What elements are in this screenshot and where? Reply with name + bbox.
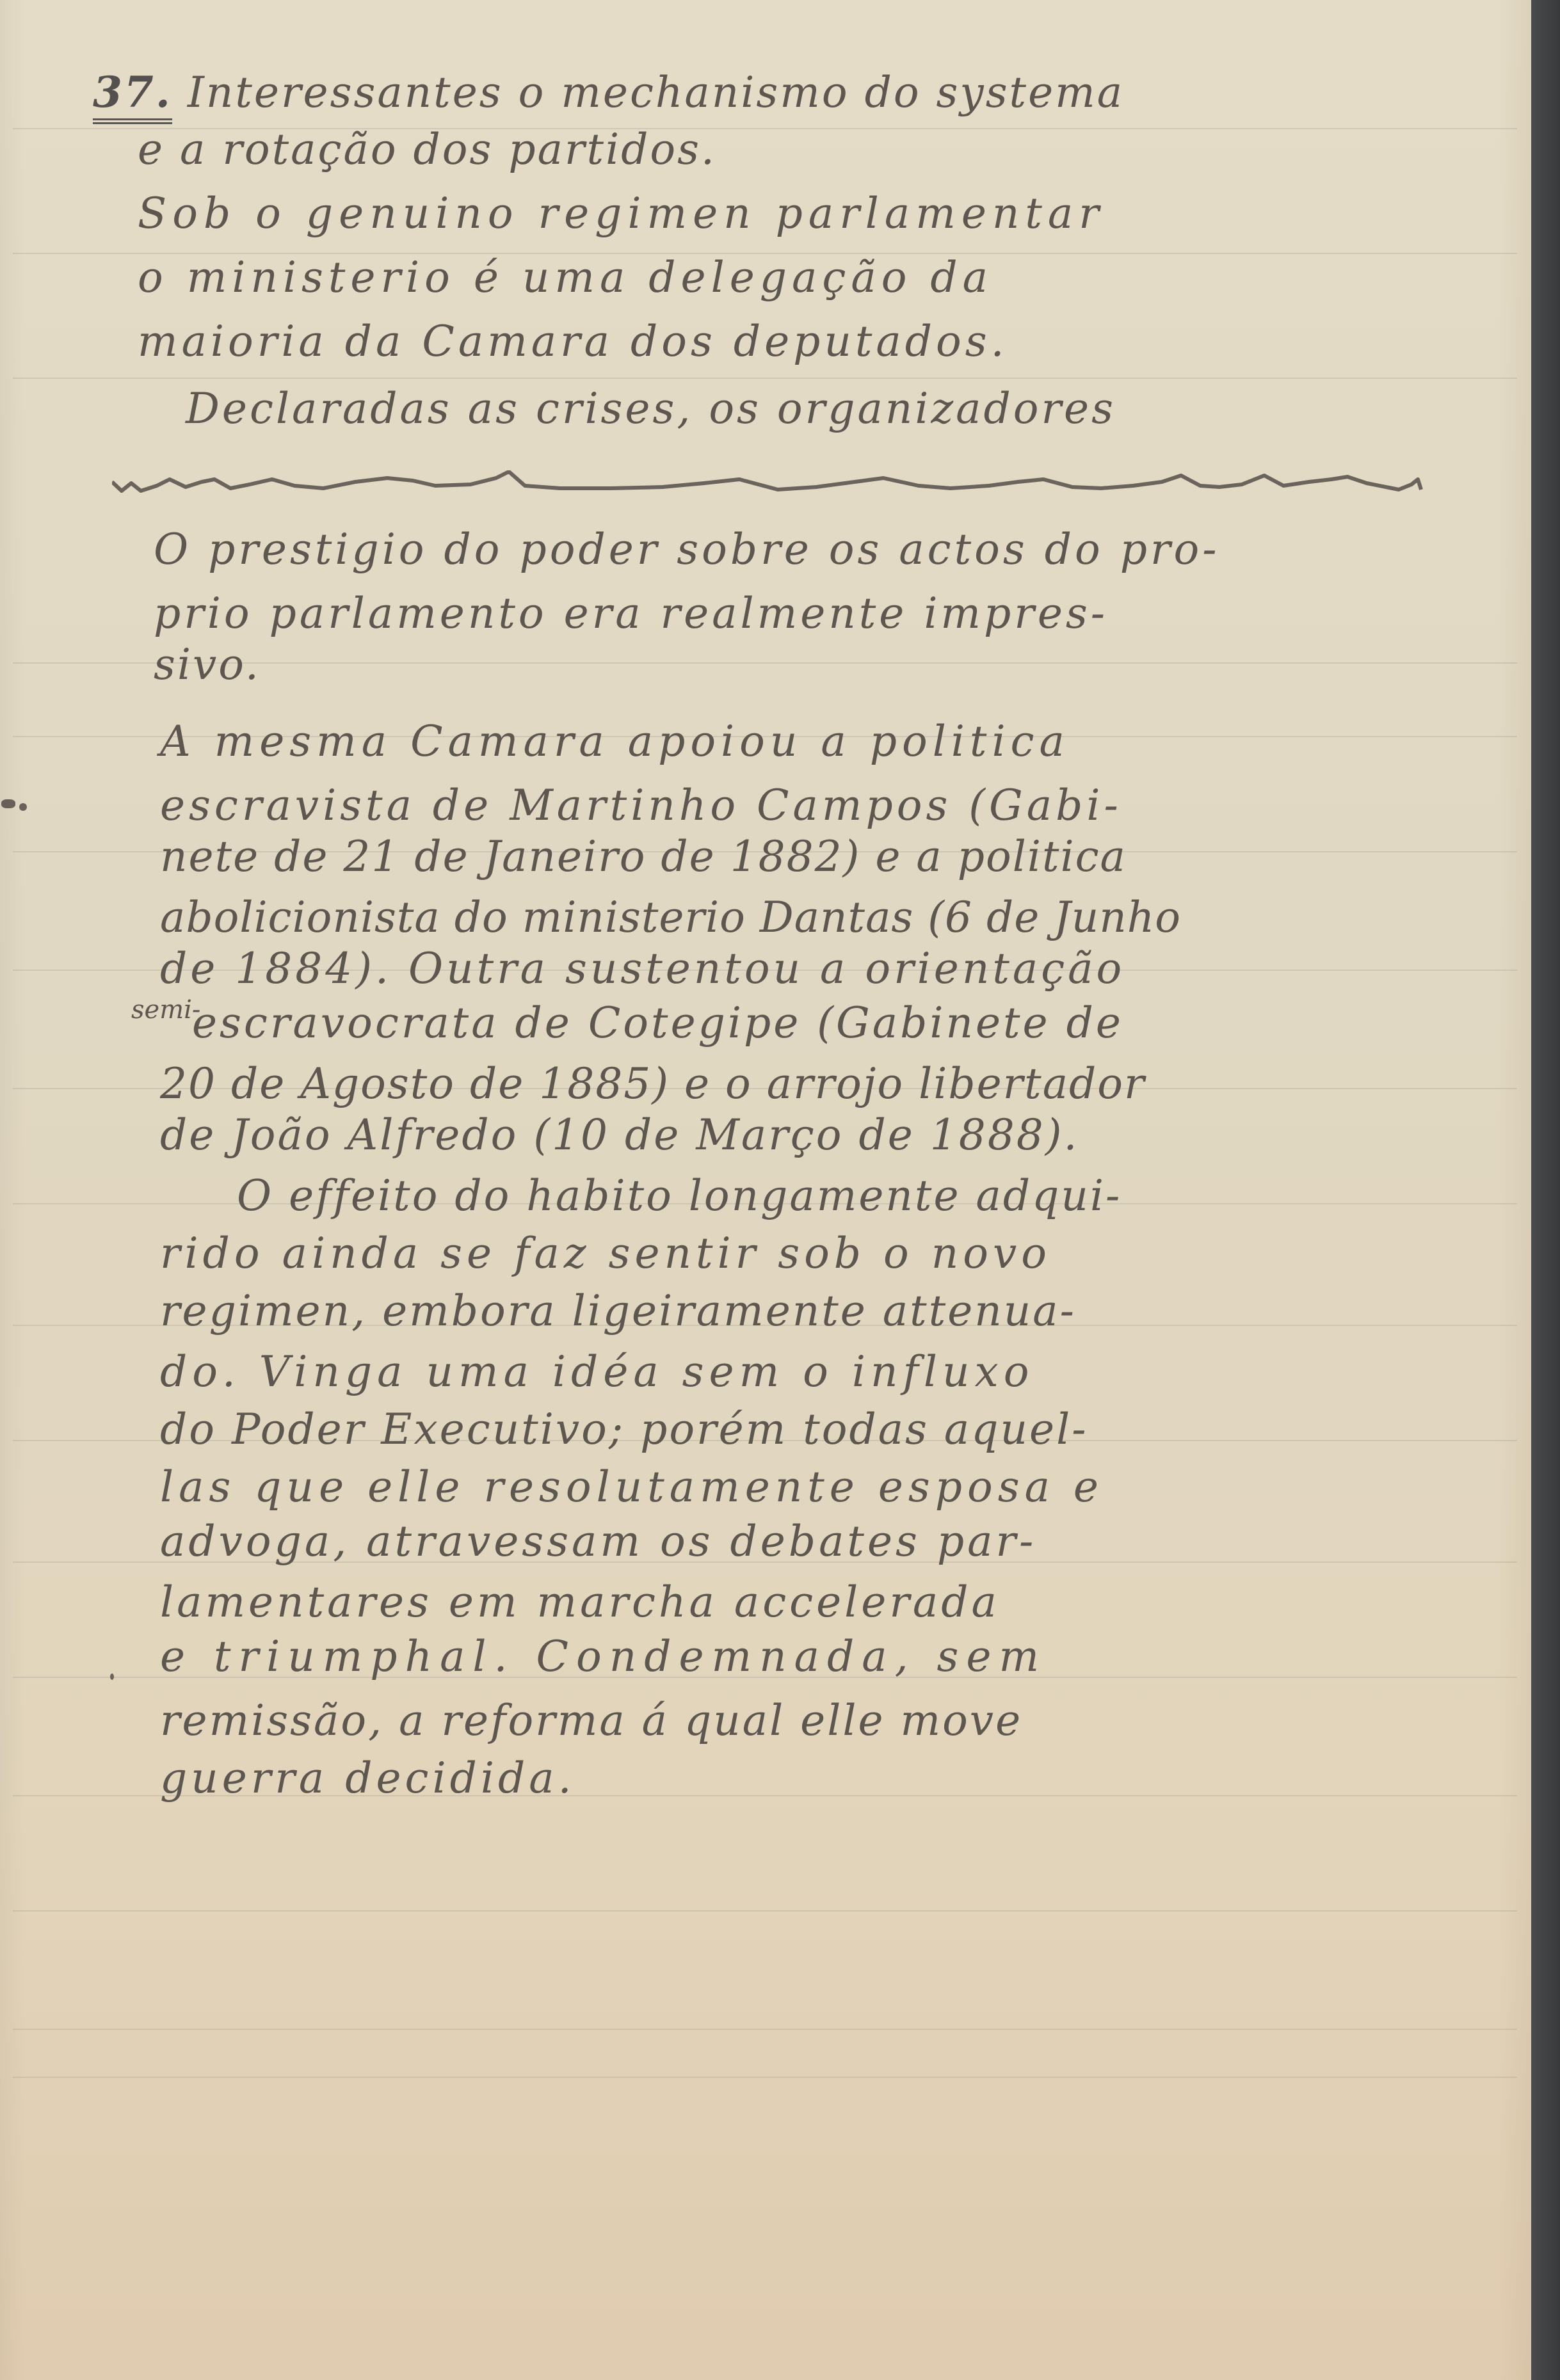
text-line: abolicionista do ministerio Dantas (6 de… xyxy=(160,893,1181,942)
text-line: o ministerio é uma delegação da xyxy=(138,253,993,302)
text-line: 20 de Agosto de 1885) e o arrojo liberta… xyxy=(160,1059,1146,1108)
text-line: O effeito do habito longamente adqui- xyxy=(237,1171,1122,1220)
text-line: regimen, embora ligeiramente attenua- xyxy=(160,1286,1076,1336)
text-line: maioria da Camara dos deputados. xyxy=(138,317,1008,366)
text-line: escravista de Martinho Campos (Gabi- xyxy=(160,781,1122,830)
section-number: 37. xyxy=(93,67,172,124)
margin-dot xyxy=(110,1673,114,1680)
ruled-line xyxy=(13,2029,1517,2030)
interlinear-note: semi- xyxy=(131,995,200,1025)
text-line: advoga, atravessam os debates par- xyxy=(160,1517,1036,1566)
text-line: Sob o genuino regimen parlamentar xyxy=(138,189,1105,238)
text-line: Declaradas as crises, os organizadores xyxy=(186,384,1116,433)
text-line: rido ainda se faz sentir sob o novo xyxy=(160,1229,1051,1278)
ruled-line xyxy=(13,2077,1517,2078)
text-line: e triumphal. Condemnada, sem xyxy=(160,1632,1047,1681)
text-line: escravocrata de Cotegipe (Gabinete de xyxy=(192,998,1123,1048)
ruled-line xyxy=(13,1910,1517,1912)
heading-line: 37. Interessantes o mechanismo do system… xyxy=(93,67,1124,117)
text-line: de 1884). Outra sustentou a orientação xyxy=(160,944,1125,993)
text-line: remissão, a reforma á qual elle move xyxy=(160,1696,1022,1745)
margin-ink-mark xyxy=(0,797,29,813)
text-line: guerra decidida. xyxy=(160,1753,575,1803)
text-line: de João Alfredo (10 de Março de 1888). xyxy=(160,1110,1079,1160)
scanner-background-edge xyxy=(1531,0,1560,2380)
text-line: prio parlamento era realmente impres- xyxy=(154,589,1108,638)
text-line: O prestigio do poder sobre os actos do p… xyxy=(154,525,1220,574)
text-line: nete de 21 de Janeiro de 1882) e a polit… xyxy=(160,832,1127,881)
text-line: do. Vinga uma idéa sem o influxo xyxy=(160,1347,1034,1396)
text-line: A mesma Camara apoiou a politica xyxy=(160,717,1070,766)
heading-text: Interessantes o mechanismo do systema xyxy=(188,68,1124,117)
text-line: e a rotação dos partidos. xyxy=(138,125,716,174)
ruled-line xyxy=(13,378,1517,379)
text-line: las que elle resolutamente esposa e xyxy=(160,1462,1104,1512)
text-line: do Poder Executivo; porém todas aquel- xyxy=(160,1405,1088,1454)
wavy-separator-line xyxy=(112,470,1530,496)
text-line: sivo. xyxy=(154,640,261,689)
manuscript-page: 37. Interessantes o mechanismo do system… xyxy=(0,0,1531,2380)
text-line: lamentares em marcha accelerada xyxy=(160,1577,1000,1627)
